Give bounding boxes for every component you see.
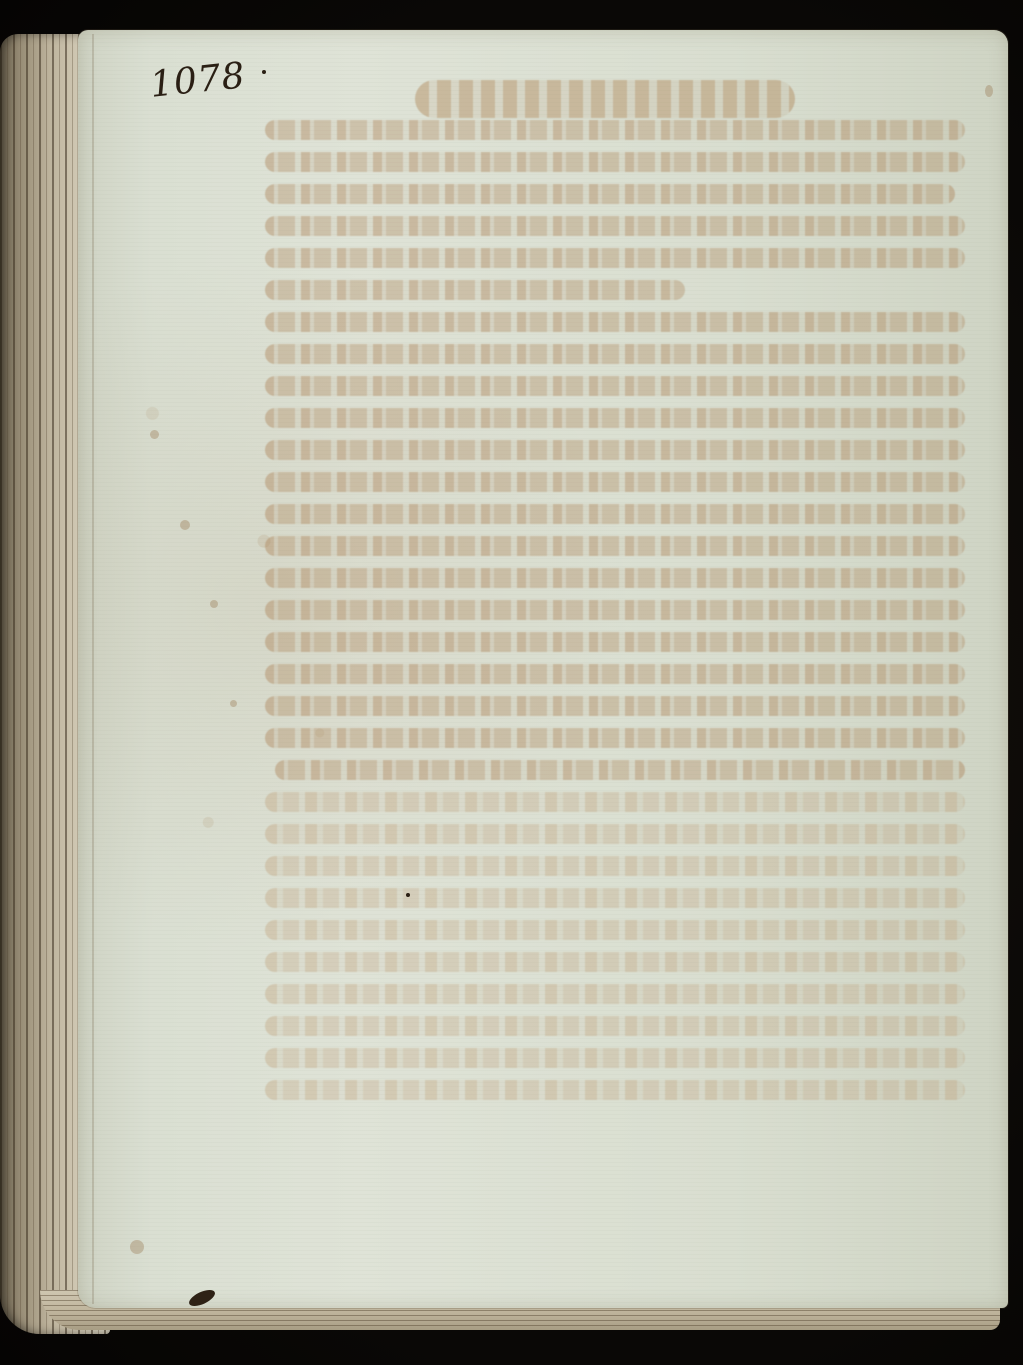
bleed-line xyxy=(275,760,965,780)
page-fold-line xyxy=(92,34,94,1304)
scan-background: 1078 xyxy=(0,0,1023,1365)
bleed-through-heading xyxy=(415,80,795,118)
bleed-through-text xyxy=(265,80,965,1090)
bleed-line xyxy=(265,952,965,972)
ink-dot xyxy=(406,893,410,897)
bleed-line xyxy=(265,696,965,716)
bleed-line xyxy=(265,1048,965,1068)
bleed-line xyxy=(265,920,965,940)
bleed-line xyxy=(265,856,965,876)
bleed-line xyxy=(265,792,965,812)
bleed-line xyxy=(265,376,965,396)
bleed-line xyxy=(265,312,965,332)
stain-spot xyxy=(210,600,218,608)
bleed-line xyxy=(265,824,965,844)
stain-spot xyxy=(130,1240,144,1254)
bleed-line xyxy=(265,152,965,172)
bleed-line xyxy=(265,600,965,620)
bleed-line xyxy=(265,184,955,204)
bleed-line xyxy=(265,344,965,364)
ink-dot xyxy=(262,70,266,74)
bleed-line xyxy=(265,408,965,428)
bleed-line xyxy=(265,536,965,556)
bleed-line xyxy=(265,280,685,300)
bleed-line xyxy=(265,248,965,268)
bleed-line xyxy=(265,1016,965,1036)
bleed-line xyxy=(265,504,965,524)
stain-spot xyxy=(180,520,190,530)
stain-spot xyxy=(150,430,159,439)
bleed-line xyxy=(265,984,965,1004)
bleed-line xyxy=(265,728,965,748)
bleed-line xyxy=(265,632,965,652)
bleed-line xyxy=(265,216,965,236)
bleed-line xyxy=(265,664,965,684)
bleed-line xyxy=(265,440,965,460)
bleed-line xyxy=(265,1080,965,1100)
bleed-line xyxy=(265,888,965,908)
bleed-line xyxy=(265,472,965,492)
stain-spot xyxy=(985,85,993,97)
stain-spot xyxy=(230,700,237,707)
bleed-line xyxy=(265,568,965,588)
bleed-line xyxy=(265,120,965,140)
